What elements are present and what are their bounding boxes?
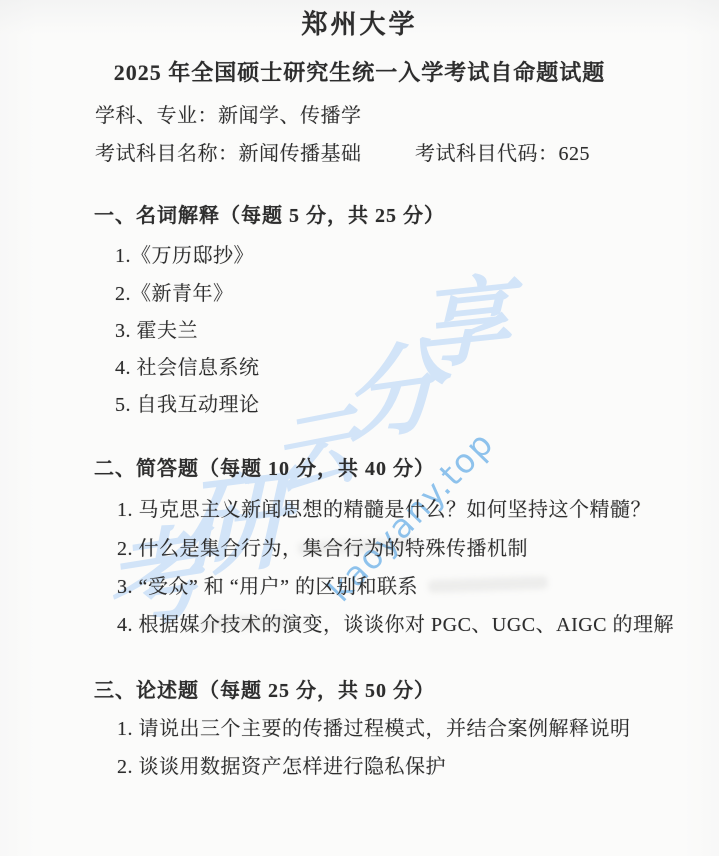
question-item: 1. 请说出三个主要的传播过程模式，并结合案例解释说明 [117, 716, 631, 742]
question-item: 2. 什么是集合行为，集合行为的特殊传播机制 [117, 536, 528, 562]
exam-paper-page: 考 研 云 分 享 kaoyany.top 郑州大学 2025 年全国硕士研究生… [0, 0, 719, 856]
question-item: 1. 马克思主义新闻思想的精髓是什么？如何坚持这个精髓？ [117, 497, 651, 523]
question-item: 4. 社会信息系统 [115, 355, 260, 381]
question-item: 4. 根据媒介技术的演变，谈谈你对 PGC、UGC、AIGC 的理解 [117, 612, 674, 638]
question-item: 3. “受众” 和 “用户” 的区别和联系 [117, 574, 418, 600]
subject-code: 考试科目代码：625 [415, 141, 590, 167]
question-item: 5. 自我互动理论 [115, 392, 260, 418]
watermark-calligraphy-char: 云 [267, 376, 360, 513]
subject-name: 考试科目名称：新闻传播基础 [95, 141, 362, 167]
university-title: 郑州大学 [0, 12, 719, 38]
scan-artifact [428, 576, 548, 593]
watermark-calligraphy-char: 享 [416, 243, 510, 389]
question-item: 2.《新青年》 [115, 281, 234, 307]
section-heading: 二、简答题（每题 10 分，共 40 分） [94, 456, 435, 482]
question-item: 3. 霍夫兰 [115, 318, 198, 344]
question-item: 1.《万历邸抄》 [115, 243, 254, 269]
question-item: 2. 谈谈用数据资产怎样进行隐私保护 [117, 754, 446, 780]
exam-title: 2025 年全国硕士研究生统一入学考试自命题试题 [0, 60, 719, 86]
watermark-calligraphy-char: 分 [342, 307, 444, 462]
section-heading: 三、论述题（每题 25 分，共 50 分） [94, 678, 435, 704]
major-line: 学科、专业：新闻学、传播学 [95, 103, 362, 129]
section-heading: 一、名词解释（每题 5 分，共 25 分） [94, 203, 445, 229]
